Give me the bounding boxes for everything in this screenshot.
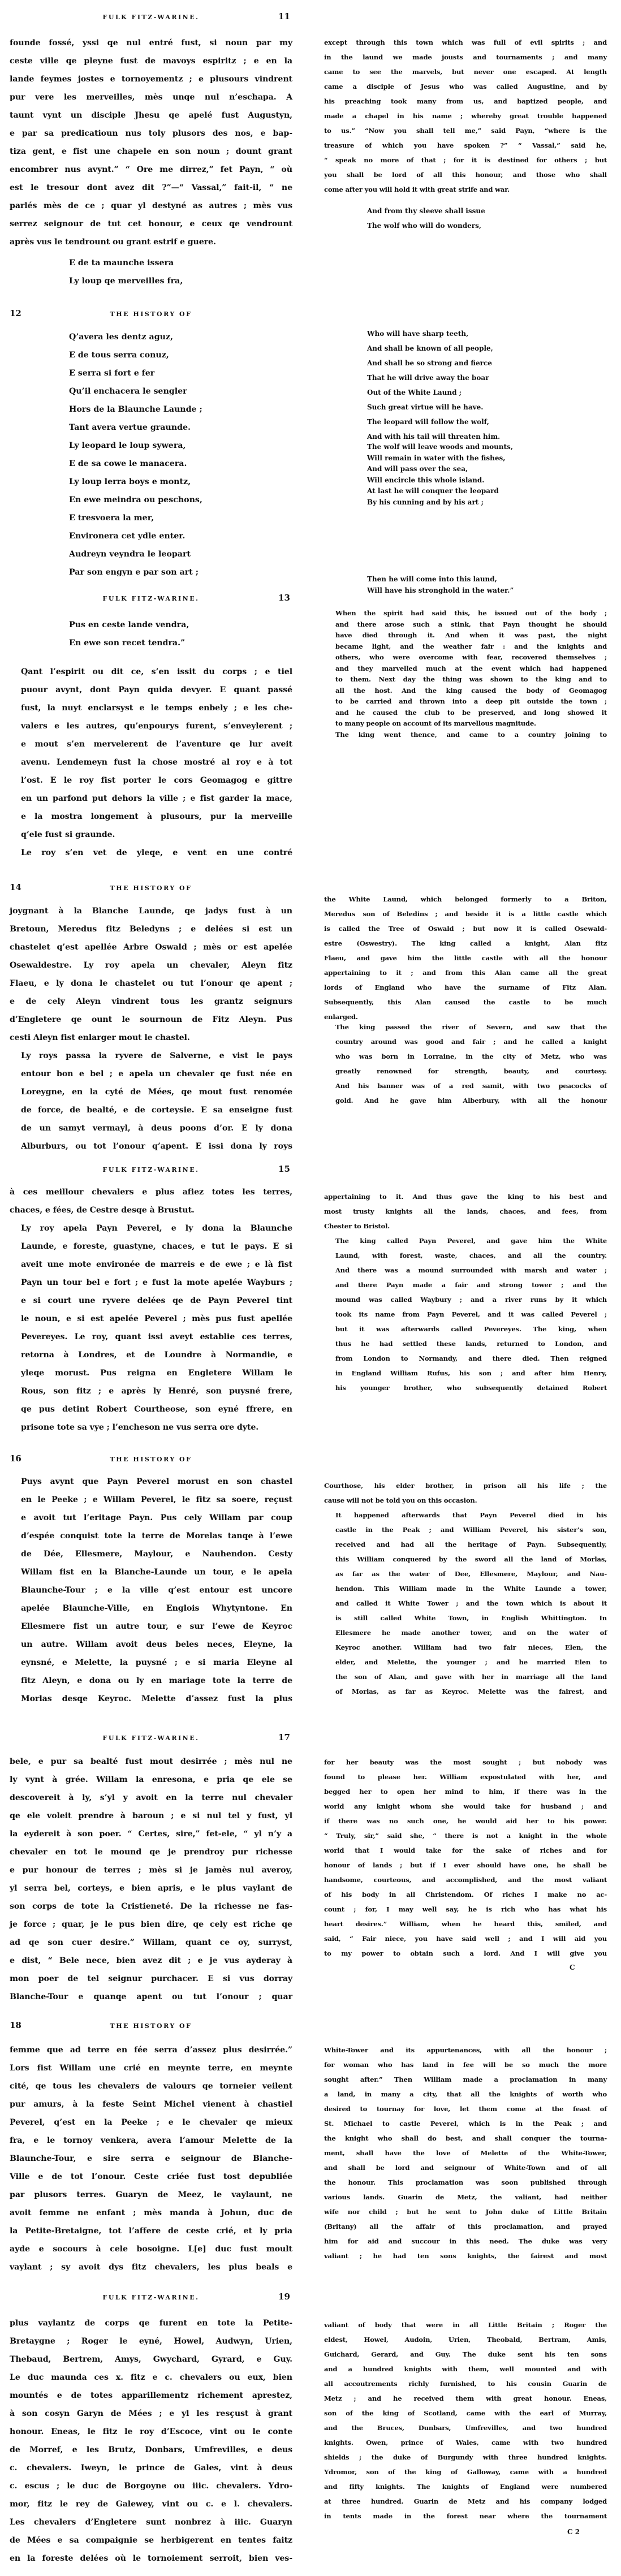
- french-p16-text: Puys avynt que Payn Peverel morust en so…: [10, 1473, 292, 1708]
- signature-mark: C: [570, 1964, 575, 1971]
- text-line: thus he had settled these lands, returne…: [324, 1336, 607, 1351]
- text-line: Ellesmere he made another tower, and on …: [324, 1625, 607, 1640]
- text-line: qe ele voleit prendre à baroun ; e si nu…: [10, 1807, 292, 1825]
- text-line: fust, la nuyt enclarsyst e le temps enbe…: [10, 699, 292, 717]
- text-line: you shall be lord of all this honour, an…: [324, 167, 607, 182]
- text-line: for woman who has land in fee will be so…: [324, 2057, 607, 2072]
- text-line: yleqe morust. Pus reigna en Engletere Wi…: [10, 1364, 292, 1382]
- text-line: avoit femme ne enfant ; mès manda à Johu…: [10, 2204, 292, 2222]
- text-line: to us.” “Now you shall tell me,” said Pa…: [324, 123, 607, 138]
- text-line: vaylant ; sy avoit dys fitz chevalers, l…: [10, 2258, 292, 2276]
- page-number: 19: [278, 2292, 290, 2302]
- french-p12-verse: Q’avera les dentz aguz, E de tous serra …: [69, 328, 202, 581]
- text-line: sought after.” Then William made a procl…: [324, 2072, 607, 2087]
- text-line: received and had all the heritage of Pay…: [324, 1537, 607, 1552]
- running-title: THE HISTORY OF: [10, 310, 292, 318]
- text-line: Chester to Bristol.: [324, 1219, 607, 1233]
- verse-line: E de ta maunche issera: [69, 254, 183, 272]
- text-line: en le Peeke ; e Willam Peverel, le fitz …: [10, 1491, 292, 1509]
- verse-line: Environera cet ydle enter.: [69, 527, 202, 545]
- page-number: 11: [278, 11, 290, 21]
- text-line: this William conquered by the sword all …: [324, 1552, 607, 1567]
- french-column: FULK FITZ-WARINE. 11 founde fossé, yssi …: [0, 0, 310, 2576]
- text-line: taunt vynt un disciple Jhesu qe apelé fu…: [10, 106, 292, 124]
- text-line: lords of England who have the surname of…: [324, 980, 607, 995]
- text-line: “ Truly, sir,” said she, “ there is not …: [324, 1828, 607, 1843]
- text-line: Metz ; and he received them with great h…: [324, 2391, 607, 2406]
- signature-mark: C 2: [567, 2528, 580, 2536]
- text-line: puour avynt, dont Payn quida devyer. E q…: [10, 681, 292, 699]
- verse-line: Qu’il enchacera le sengler: [69, 382, 202, 400]
- text-line: eldest, Howel, Audoin, Urien, Theobald, …: [324, 2332, 607, 2347]
- text-line: mound was called Waybury ; and a river r…: [324, 1292, 607, 1307]
- paragraph: Ly roys passa la ryvere de Salverne, e v…: [10, 1047, 292, 1155]
- verse-line: Who will have sharp teeth,: [367, 326, 500, 341]
- text-line: of Morlas, as far as Keyroc. Melette was…: [324, 1684, 607, 1699]
- text-line: country around was good and fair ; and h…: [324, 1034, 607, 1049]
- text-line: various lands. Guarin de Metz, the valia…: [324, 2190, 607, 2204]
- text-line: Les chevalers d’Engletere sunt nonbrez à…: [10, 2513, 292, 2531]
- text-line: knights. Owen, prince of Wales, came wit…: [324, 2435, 607, 2450]
- french-p13-text: Qant l’espirit ou dit ce, s’en issit du …: [10, 663, 292, 862]
- text-line: la eydereit à son poer. “ Certes, sire,”…: [10, 1825, 292, 1843]
- running-title: FULK FITZ-WARINE.: [10, 2294, 292, 2301]
- text-line: Blanche-Tour e quanqe apent ou tut l’ono…: [10, 1988, 292, 2006]
- verse-line: Q’avera les dentz aguz,: [69, 328, 202, 346]
- paragraph: Le roy s’en vet de yleqe, e vent en une …: [10, 844, 292, 862]
- text-line: Bretaygne ; Roger le eyné, Howel, Audwyn…: [10, 2332, 292, 2350]
- verse-line: Will encircle this whole island.: [367, 475, 513, 486]
- english-s9-text: valiant of body that were in all Little …: [324, 2318, 607, 2523]
- text-line: de un samyt vermayl, à deus poons d’or. …: [10, 1119, 292, 1137]
- text-line: chastelet q’est apellée Arbre Oswald ; m…: [10, 938, 292, 956]
- text-line: to many people on account of its marvell…: [324, 718, 607, 730]
- text-line: par plusors terres. Guaryn de Meez, le v…: [10, 2186, 292, 2204]
- text-line: became light, and the weather fair : and…: [324, 641, 607, 653]
- french-p11-verse: E de ta maunche issera Ly loup qe mervei…: [69, 254, 183, 290]
- text-line: the White Laund, which belonged formerly…: [324, 892, 607, 907]
- text-line: avenu. Lendemeyn fust la chose mostré al…: [10, 753, 292, 771]
- paragraph: The king called Payn Peverel, and gave h…: [324, 1233, 607, 1395]
- paragraph: bele, e pur sa bealté fust mout desirrée…: [10, 1753, 292, 2006]
- text-line: founde fossé, yssi qe nul entré fust, si…: [10, 34, 292, 52]
- text-line: mon poer de tel seignur purchacer. E si …: [10, 1970, 292, 1988]
- text-line: plus vaylantz de corps qe furent en tote…: [10, 2314, 292, 2332]
- text-line: e si court une ryvere delées qe de Payn …: [10, 1292, 292, 1310]
- text-line: tiza gent, e fist une chapele en son nou…: [10, 143, 292, 161]
- text-line: Laund, with forest, waste, chaces, and a…: [324, 1248, 607, 1263]
- text-line: parlés mès de ce ; quar yl destyné as au…: [10, 197, 292, 215]
- text-line: elder, and Melette, the younger ; and he…: [324, 1655, 607, 1669]
- verse-line: The wolf who will do wonders,: [367, 218, 485, 233]
- text-line: qe pus detint Robert Courtheose, son eyn…: [10, 1400, 292, 1418]
- text-line: all the host. And the king caused the bo…: [324, 685, 607, 697]
- text-line: de Mées e sa compaignie se herbigerent e…: [10, 2531, 292, 2549]
- verse-line: Audreyn veyndra le leopart: [69, 545, 202, 563]
- text-line: bele, e pur sa bealté fust mout desirrée…: [10, 1753, 292, 1771]
- running-title: FULK FITZ-WARINE.: [10, 595, 292, 602]
- paragraph: The king went thence, and came to a coun…: [324, 730, 607, 741]
- text-line: Blaunche-Tour ; e la ville q’est entour …: [10, 1581, 292, 1599]
- english-s1-verse: And from thy sleeve shall issue The wolf…: [367, 204, 485, 233]
- text-line: honour of lands ; but if I ever should h…: [324, 1858, 607, 1872]
- text-line: at three hundred. Guarin de Metz and his…: [324, 2494, 607, 2509]
- text-line: ayde e socours à cele bosoigne. L[e] duc…: [10, 2240, 292, 2258]
- text-line: and there arose such a stink, that Payn …: [324, 619, 607, 631]
- text-line: après vus le tendrount ou grant estrif e…: [10, 233, 292, 251]
- text-line: in England William Rufus, his son ; and …: [324, 1366, 607, 1380]
- text-line: and a hundred knights with them, well mo…: [324, 2362, 607, 2376]
- paragraph: joygnant à la Blanche Launde, qe jadys f…: [10, 902, 292, 1047]
- text-line: entour bon e bel ; e apela un chevaler q…: [10, 1065, 292, 1083]
- text-line: son of the king of Scotland, came with t…: [324, 2406, 607, 2420]
- text-line: found to please her. William expostulate…: [324, 1770, 607, 1784]
- running-title: THE HISTORY OF: [10, 2022, 292, 2030]
- verse-line: The wolf will leave woods and mounts,: [367, 442, 513, 453]
- text-line: Ly roy apela Payn Peverel, e ly dona la …: [10, 1219, 292, 1237]
- english-s3-text: When the spirit had said this, he issued…: [324, 608, 607, 740]
- verse-line: Pus en ceste lande vendra,: [69, 616, 189, 634]
- text-line: Blaunche-Tour, e sire serra e seignour d…: [10, 2150, 292, 2168]
- text-line: pur vere les merveilles, mès unqe nul n’…: [10, 88, 292, 106]
- running-title: THE HISTORY OF: [10, 1456, 292, 1463]
- text-line: Ville e de tot l’onour. Ceste criée fust…: [10, 2168, 292, 2186]
- paragraph: Ly roy apela Payn Peverel, e ly dona la …: [10, 1219, 292, 1436]
- english-s3-verse: Then he will come into this laund, Will …: [367, 574, 514, 596]
- text-line: to my power to obtain such a lord. And I…: [324, 1946, 607, 1961]
- text-line: come after you will hold it with great s…: [324, 182, 607, 197]
- paragraph: Qant l’espirit ou dit ce, s’en issit du …: [10, 663, 292, 844]
- text-line: St. Michael to castle Peverel, which is …: [324, 2116, 607, 2131]
- french-p13-verse: Pus en ceste lande vendra, En ewe son re…: [69, 616, 189, 652]
- verse-line: At last he will conquer the leopard: [367, 486, 513, 497]
- text-line: Morlas desqe Keyroc. Melette d’assez fus…: [10, 1690, 292, 1708]
- verse-line: And from thy sleeve shall issue: [367, 204, 485, 218]
- english-s7-text: for her beauty was the most sought ; but…: [324, 1755, 607, 1961]
- paragraph: It happened afterwards that Payn Peverel…: [324, 1508, 607, 1699]
- text-line: and called it White Tower ; and the town…: [324, 1596, 607, 1611]
- text-line: chaces, e fées, de Cestre desqe à Brustu…: [10, 1201, 292, 1219]
- text-line: (Britany) all the affair of this proclam…: [324, 2219, 607, 2234]
- text-line: Keyroc another. William had two fair nie…: [324, 1640, 607, 1655]
- text-line: e de cely Aleyn vindrent tous les grantz…: [10, 993, 292, 1011]
- verse-line: Ly leopard le loup sywera,: [69, 437, 202, 455]
- verse-line: E tresvoera la mer,: [69, 509, 202, 527]
- running-header-p14: 14 THE HISTORY OF: [10, 882, 292, 896]
- text-line: world any knight whom she would take for…: [324, 1799, 607, 1814]
- running-header-p16: 16 THE HISTORY OF: [10, 1453, 292, 1467]
- paragraph: When the spirit had said this, he issued…: [324, 608, 607, 730]
- text-line: c. escus ; le duc de Borgoyne ou iiic. c…: [10, 2477, 292, 2495]
- text-line: chevaler en tot le mound qe je prendroy …: [10, 1843, 292, 1861]
- text-line: his preaching took many from us, and bap…: [324, 94, 607, 109]
- text-line: in the laund we made jousts and tourname…: [324, 50, 607, 64]
- running-title: FULK FITZ-WARINE.: [10, 1734, 292, 1742]
- text-line: mor, fitz le rey de Galewey, vint ou c. …: [10, 2495, 292, 2513]
- text-line: Puys avynt que Payn Peverel morust en so…: [10, 1473, 292, 1491]
- verse-line: By his cunning and by his art ;: [367, 497, 513, 508]
- text-line: valiant ; he had ten sons knights, the f…: [324, 2249, 607, 2263]
- text-line: e mout s’en mervelerent de l’aventure qe…: [10, 735, 292, 753]
- text-line: and there Payn made a fair and strong to…: [324, 1278, 607, 1292]
- english-s5-text: appertaining to it. And thus gave the ki…: [324, 1189, 607, 1395]
- text-line: Flaeu, e ly dona le chastelet ou tut l’o…: [10, 974, 292, 993]
- text-line: Qant l’espirit ou dit ce, s’en issit du …: [10, 663, 292, 681]
- text-line: mountés e de totes apparillementz richem…: [10, 2387, 292, 2405]
- text-line: gold. And he gave him Alberbury, with al…: [324, 1093, 607, 1108]
- paragraph: The king passed the river of Severn, and…: [324, 1020, 607, 1108]
- text-line: most trusty knights all the lands, chace…: [324, 1204, 607, 1219]
- verse-line: The leopard will follow the wolf,: [367, 415, 500, 429]
- text-line: Lors fist Willam une crié en meynte terr…: [10, 2059, 292, 2077]
- text-line: made a chapel in his name ; whereby grea…: [324, 109, 607, 123]
- text-line: je force ; quar, je le pus bien dire, qe…: [10, 1915, 292, 1934]
- verse-line: Tant avera vertue graunde.: [69, 418, 202, 437]
- text-line: ment, shall have the love of Melette of …: [324, 2146, 607, 2160]
- verse-line: E de sa cowe le manacera.: [69, 455, 202, 473]
- text-line: The king went thence, and came to a coun…: [324, 730, 607, 741]
- text-line: prisone tote sa vye ; l’encheson ne vus …: [10, 1418, 292, 1436]
- text-line: castle in the Peak ; and William Peverel…: [324, 1522, 607, 1537]
- text-line: e la mostra longement à plusours, pur la…: [10, 808, 292, 826]
- text-line: appertaining to it. And thus gave the ki…: [324, 1189, 607, 1204]
- text-line: cause will not be told you on this occas…: [324, 1493, 607, 1508]
- text-line: joygnant à la Blanche Launde, qe jadys f…: [10, 902, 292, 920]
- running-header-p18: 18 THE HISTORY OF: [10, 2020, 292, 2034]
- verse-line: E serra si fort e fer: [69, 364, 202, 382]
- text-line: ly vynt à grée. Willam la enresona, e pr…: [10, 1771, 292, 1789]
- text-line: Flaeu, and gave him the little castle wi…: [324, 951, 607, 965]
- text-line: retorna à Londres, et de Loundre à Norma…: [10, 1346, 292, 1364]
- text-line: le noun, e si est apelée Peverel ; mès p…: [10, 1310, 292, 1328]
- text-line: cité, qe tous les chevalers de valours q…: [10, 2077, 292, 2095]
- text-line: ad qe son cuer desire.” Willam, quant ce…: [10, 1934, 292, 1952]
- french-p18-text: femme que ad terre en fée serra d’assez …: [10, 2041, 292, 2276]
- paragraph: Courthose, his elder brother, in prison …: [324, 1478, 607, 1508]
- verse-line: Hors de la Blaunche Launde ;: [69, 400, 202, 418]
- text-line: and the Bruces, Dunbars, Umfrevilles, an…: [324, 2420, 607, 2435]
- text-line: in tents made in the forest near where t…: [324, 2509, 607, 2523]
- english-s8-text: White-Tower and its appurtenances, with …: [324, 2043, 607, 2263]
- text-line: the honour. This proclamation was soon p…: [324, 2175, 607, 2190]
- text-line: his younger brother, who subsequently de…: [324, 1380, 607, 1395]
- running-header-p15: FULK FITZ-WARINE. 15: [10, 1164, 292, 1177]
- english-s4-text: the White Laund, which belonged formerly…: [324, 892, 607, 1024]
- text-line: Osewaldestre. Ly roy apela un chevaler, …: [10, 956, 292, 974]
- text-line: White-Tower and its appurtenances, with …: [324, 2043, 607, 2057]
- verse-line: And shall be so strong and fierce: [367, 356, 500, 370]
- text-line: Thebaud, Bertrem, Amys, Gwychard, Gyrard…: [10, 2350, 292, 2368]
- paragraph: à ces meillour chevalers e plus afiez to…: [10, 1183, 292, 1219]
- text-line: estre (Oswestry). The king called a knig…: [324, 936, 607, 951]
- verse-line: Will have his stronghold in the water.”: [367, 585, 514, 597]
- french-p17-text: bele, e pur sa bealté fust mout desirrée…: [10, 1753, 292, 2006]
- text-line: e pur honour de terres ; mès si je jamès…: [10, 1861, 292, 1879]
- text-line: Launde, e foreste, guastyne, chaces, e t…: [10, 1237, 292, 1255]
- page-number: 17: [278, 1732, 290, 1742]
- verse-line: Such great virtue will he have.: [367, 400, 500, 415]
- paragraph: the White Laund, which belonged formerly…: [324, 892, 607, 1024]
- running-title: FULK FITZ-WARINE.: [10, 1166, 292, 1173]
- text-line: came to see the marvels, but never one e…: [324, 64, 607, 79]
- text-line: “ speak no more of that ; for it is dest…: [324, 153, 607, 167]
- text-line: serrez seignour de tut cet honour, e ceu…: [10, 215, 292, 233]
- verse-line: En ewe son recet tendra.”: [69, 634, 189, 652]
- page-number: 13: [278, 593, 290, 603]
- text-line: honour. Eneas, le fitz le roy d’Escoce, …: [10, 2423, 292, 2441]
- text-line: to them. Next day the thing was shown to…: [324, 674, 607, 685]
- text-line: Le duc maunda ces x. fitz e c. chevalers…: [10, 2368, 292, 2387]
- text-line: Willam fist en la Blanche-Launde un tour…: [10, 1563, 292, 1581]
- french-p15-text: à ces meillour chevalers e plus afiez to…: [10, 1183, 292, 1436]
- text-line: who was born in Lorraine, in the city of…: [324, 1049, 607, 1064]
- text-line: said, “ Fair niece, you have said well ;…: [324, 1931, 607, 1946]
- text-line: It happened afterwards that Payn Peverel…: [324, 1508, 607, 1522]
- text-line: The king called Payn Peverel, and gave h…: [324, 1233, 607, 1248]
- text-line: appertaining to it ; and from this Alan …: [324, 965, 607, 980]
- text-line: apelée Blaunche-Ville, en Englois Whytyn…: [10, 1599, 292, 1617]
- text-line: encombrer nus avynt.” “ Ore me dirrez,” …: [10, 161, 292, 179]
- text-line: ceste ville qe pleyne fust de mavoys esp…: [10, 52, 292, 70]
- text-line: and shall be lord and seignour of White-…: [324, 2160, 607, 2175]
- text-line: Alburburs, ou tot l’onour q’apent. E iss…: [10, 1137, 292, 1155]
- text-line: The king passed the river of Severn, and…: [324, 1020, 607, 1034]
- paragraph: valiant of body that were in all Little …: [324, 2318, 607, 2523]
- french-p11-text: founde fossé, yssi qe nul entré fust, si…: [10, 34, 292, 251]
- text-line: de Dée, Ellesmere, Maylour, e Nauhendon.…: [10, 1545, 292, 1563]
- text-line: de Morref, e les Brutz, Donbars, Umfrevi…: [10, 2441, 292, 2459]
- text-line: Courthose, his elder brother, in prison …: [324, 1478, 607, 1493]
- text-line: c. chevalers. Iweyn, le prince de Gales,…: [10, 2459, 292, 2477]
- text-line: e dist, “ Bele nece, bien avez dit ; e j…: [10, 1952, 292, 1970]
- verse-line: Then he will come into this laund,: [367, 574, 514, 585]
- text-line: d’espée conquist tote la terre de Morela…: [10, 1527, 292, 1545]
- text-line: valers e les autres, qu’enpourys furent,…: [10, 717, 292, 735]
- text-line: cesti Aleyn fist enlarger mout le chaste…: [10, 1029, 292, 1047]
- text-line: e avoit tut l’eritage Payn. Pus cely Wil…: [10, 1509, 292, 1527]
- text-line: Bretoun, Meredus fitz Beledyns ; e delée…: [10, 920, 292, 938]
- verse-line: Ly loup lerra boys e montz,: [69, 473, 202, 491]
- text-line: descovereit à ly, s’yl y avoit en la ter…: [10, 1789, 292, 1807]
- text-line: eynsné, e Melette, la puysné ; e si mari…: [10, 1654, 292, 1672]
- text-line: Le roy s’en vet de yleqe, e vent en une …: [10, 844, 292, 862]
- english-s1-text: except through this town which was full …: [324, 35, 607, 197]
- paragraph: for her beauty was the most sought ; but…: [324, 1755, 607, 1961]
- text-line: Payn un tour bel e fort ; e fust la mote…: [10, 1274, 292, 1292]
- paragraph: White-Tower and its appurtenances, with …: [324, 2043, 607, 2263]
- text-line: as far as the water of Dee, Ellesmere, M…: [324, 1567, 607, 1581]
- text-line: him for aid and succour in this need. Th…: [324, 2234, 607, 2249]
- text-line: Ydromor, son of the king of Galloway, ca…: [324, 2465, 607, 2479]
- text-line: When the spirit had said this, he issued…: [324, 608, 607, 619]
- text-line: en un parfond put dehors la ville ; e fi…: [10, 789, 292, 808]
- running-header-p19: FULK FITZ-WARINE. 19: [10, 2292, 292, 2305]
- text-line: fitz Aleyn, e dona ou ly en mariage tote…: [10, 1672, 292, 1690]
- text-line: Rous, son fitz ; e après ly Henré, son p…: [10, 1382, 292, 1400]
- running-header-p12: 12 THE HISTORY OF: [10, 308, 292, 322]
- text-line: greatly renowned for strength, beauty, a…: [324, 1064, 607, 1078]
- verse-line: Ly loup qe merveilles fra,: [69, 272, 183, 290]
- english-column: except through this town which was full …: [310, 0, 621, 2576]
- text-line: shields ; the duke of Burgundy with thre…: [324, 2450, 607, 2465]
- english-s4-text-2: The king passed the river of Severn, and…: [324, 1020, 607, 1108]
- text-line: Ellesmere fist un autre tour, e sur l’ew…: [10, 1617, 292, 1636]
- text-line: pur amurs, à la feste Seint Michel viene…: [10, 2095, 292, 2113]
- text-line: begged her to open her mind to him, if t…: [324, 1784, 607, 1799]
- english-s6-text: Courthose, his elder brother, in prison …: [324, 1478, 607, 1699]
- running-header-p17: FULK FITZ-WARINE. 17: [10, 1732, 292, 1746]
- text-line: yl serra bel, corteys, e bien apris, e l…: [10, 1879, 292, 1897]
- text-line: And his banner was of a red samit, with …: [324, 1078, 607, 1093]
- text-line: l’ost. E le roy fist porter le cors Geom…: [10, 771, 292, 789]
- text-line: e par sa predicatioun nus toly plusors d…: [10, 124, 292, 143]
- verse-line: En ewe meindra ou peschons,: [69, 491, 202, 509]
- text-line: hendon. This William made in the White L…: [324, 1581, 607, 1596]
- text-line: un autre. Willam avoit deus beles neces,…: [10, 1636, 292, 1654]
- text-line: lande feymes jostes e tornoyementz ; e p…: [10, 70, 292, 88]
- text-line: q’ele fust si graunde.: [10, 826, 292, 844]
- running-title: FULK FITZ-WARINE.: [10, 14, 292, 21]
- french-p14-text: joygnant à la Blanche Launde, qe jadys f…: [10, 902, 292, 1155]
- text-line: for her beauty was the most sought ; but…: [324, 1755, 607, 1770]
- verse-line: And shall be known of all people,: [367, 341, 500, 356]
- text-line: son corps de tote la Cristieneté. De la …: [10, 1897, 292, 1915]
- text-line: And there was a mound surrounded with ma…: [324, 1263, 607, 1278]
- text-line: en la foreste delées où le tornoiement s…: [10, 2549, 292, 2568]
- text-line: handsome, courteous, and accomplished, a…: [324, 1872, 607, 1887]
- text-line: of his body in all Christendom. Of riche…: [324, 1887, 607, 1902]
- text-line: have died through it. And when it was pa…: [324, 630, 607, 641]
- text-line: if there was no such one, he would aid h…: [324, 1814, 607, 1828]
- text-line: but it was afterwards called Pevereyes. …: [324, 1322, 607, 1336]
- text-line: count ; for, I may well say, he is rich …: [324, 1902, 607, 1917]
- text-line: to be carried and thrown into a deep pit…: [324, 696, 607, 707]
- text-line: Peverel, q’est en la Peeke ; e le cheval…: [10, 2113, 292, 2131]
- text-line: la Petite-Bretaigne, tot l’affere de ces…: [10, 2222, 292, 2240]
- text-line: Meredus son of Beledins ; and beside it …: [324, 907, 607, 921]
- text-line: and he caused the club to be preserved, …: [324, 707, 607, 719]
- text-line: femme que ad terre en fée serra d’assez …: [10, 2041, 292, 2059]
- text-line: à son cosyn Garyn de Mées ; e yl les res…: [10, 2405, 292, 2423]
- text-line: except through this town which was full …: [324, 35, 607, 50]
- running-title: THE HISTORY OF: [10, 884, 292, 892]
- paragraph: appertaining to it. And thus gave the ki…: [324, 1189, 607, 1233]
- text-line: desired to tournay for love, let them co…: [324, 2102, 607, 2116]
- text-line: est le tresour dont avez dit ?”—“ Vassal…: [10, 179, 292, 197]
- text-line: all accoutrements richly furnished, to h…: [324, 2376, 607, 2391]
- paragraph: plus vaylantz de corps qe furent en tote…: [10, 2314, 292, 2568]
- text-line: Ly roys passa la ryvere de Salverne, e v…: [10, 1047, 292, 1065]
- text-line: the son of Alan, and gave with her in ma…: [324, 1669, 607, 1684]
- text-line: took its name from Payn Peverel, and it …: [324, 1307, 607, 1322]
- text-line: d’Engletere qe ount le sournoun de Fitz …: [10, 1011, 292, 1029]
- page-number: 15: [278, 1164, 290, 1174]
- text-line: aveit une mote environée de marreis e de…: [10, 1255, 292, 1274]
- text-line: and they marvelled much at the event whi…: [324, 663, 607, 675]
- text-line: heart desires.” William, when he heard t…: [324, 1917, 607, 1931]
- text-line: came a disciple of Jesus who was called …: [324, 79, 607, 94]
- text-line: Guichard, Gerard, and Guy. The duke sent…: [324, 2347, 607, 2362]
- verse-line: That he will drive away the boar: [367, 370, 500, 385]
- text-line: and fifty knights. The knights of Englan…: [324, 2479, 607, 2494]
- paragraph: femme que ad terre en fée serra d’assez …: [10, 2041, 292, 2276]
- text-line: treasure of which you have spoken ?” “ V…: [324, 138, 607, 153]
- text-line: fra, e le tornoy venkera, avera l’amour …: [10, 2131, 292, 2150]
- english-s2-verse-continued: The wolf will leave woods and mounts, Wi…: [367, 442, 513, 508]
- text-line: a land, in many a city, that all the kni…: [324, 2087, 607, 2102]
- text-line: Loreygne, en la cyté de Mées, qe mout fu…: [10, 1083, 292, 1101]
- verse-line: Will remain in water with the fishes,: [367, 453, 513, 464]
